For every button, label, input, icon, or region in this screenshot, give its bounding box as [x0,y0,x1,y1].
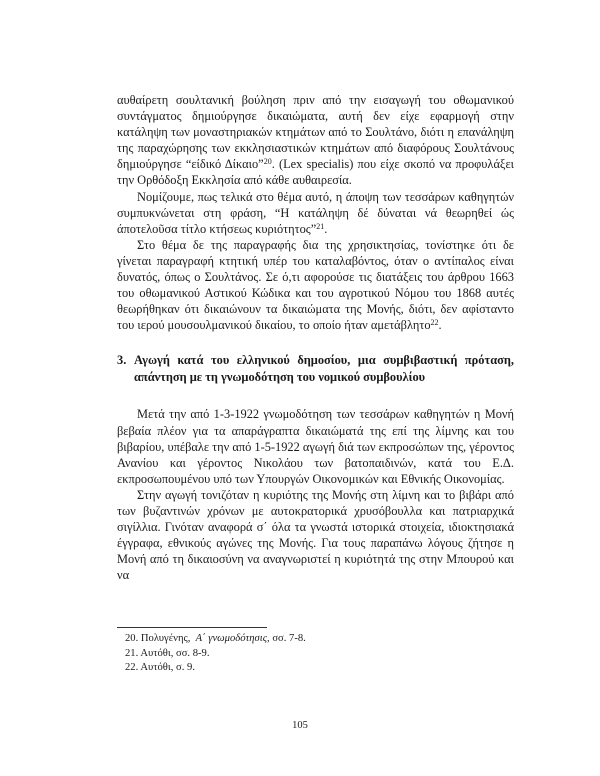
footnote-ref-22[interactable]: 22 [431,318,439,327]
footnote-ref-20[interactable]: 20 [264,157,272,166]
paragraph-2: Νομίζουμε, πως τελικά στο θέμα αυτό, η ά… [117,189,514,237]
footnote-pages: σσ. 8-9. [176,648,210,659]
paragraph-tail: . [439,318,442,332]
footnote-ref-21[interactable]: 21 [316,222,324,231]
footnote-pages: σ. 9. [176,662,195,673]
paragraph-5: Στην αγωγή τονιζόταν η κυριότης της Μονή… [117,487,514,584]
footnote-author: Αυτόθι, [140,648,173,659]
footnotes: 20. Πολυγένης, Α΄ γνωμοδότησις, σσ. 7-8.… [125,632,306,676]
footnote-number: 20. [125,633,138,644]
section-title: Αγωγή κατά του ελληνικού δημοσίου, μια σ… [134,353,514,384]
footnote-author: Αυτόθι, [140,662,173,673]
paragraph-4: Μετά την από 1-3-1922 γνωμοδότηση των τε… [117,406,514,486]
footnote-number: 21. [125,648,138,659]
footnote-21: 21. Αυτόθι, σσ. 8-9. [125,647,306,662]
footnote-author: Πολυγένης, [141,633,190,644]
paragraph-text: Στο θέμα δε της παραγραφής δια της χρησι… [117,238,514,332]
footnote-divider [117,627,267,628]
page-body: αυθαίρετη σουλτανική βούληση πριν από τη… [117,92,514,583]
footnote-title: Α΄ γνωμοδότησις, [196,633,270,644]
footnote-22: 22. Αυτόθι, σ. 9. [125,661,306,676]
paragraph-3: Στο θέμα δε της παραγραφής δια της χρησι… [117,237,514,334]
section-number: 3. [117,352,134,369]
footnote-pages: σσ. 7-8. [272,633,306,644]
paragraph-tail: . [324,222,327,236]
section-heading: 3.Αγωγή κατά του ελληνικού δημοσίου, μια… [117,352,514,385]
footnote-number: 22. [125,662,138,673]
footnote-20: 20. Πολυγένης, Α΄ γνωμοδότησις, σσ. 7-8. [125,632,306,647]
paragraph-1: αυθαίρετη σουλτανική βούληση πριν από τη… [117,92,514,189]
page-number: 105 [0,720,600,731]
